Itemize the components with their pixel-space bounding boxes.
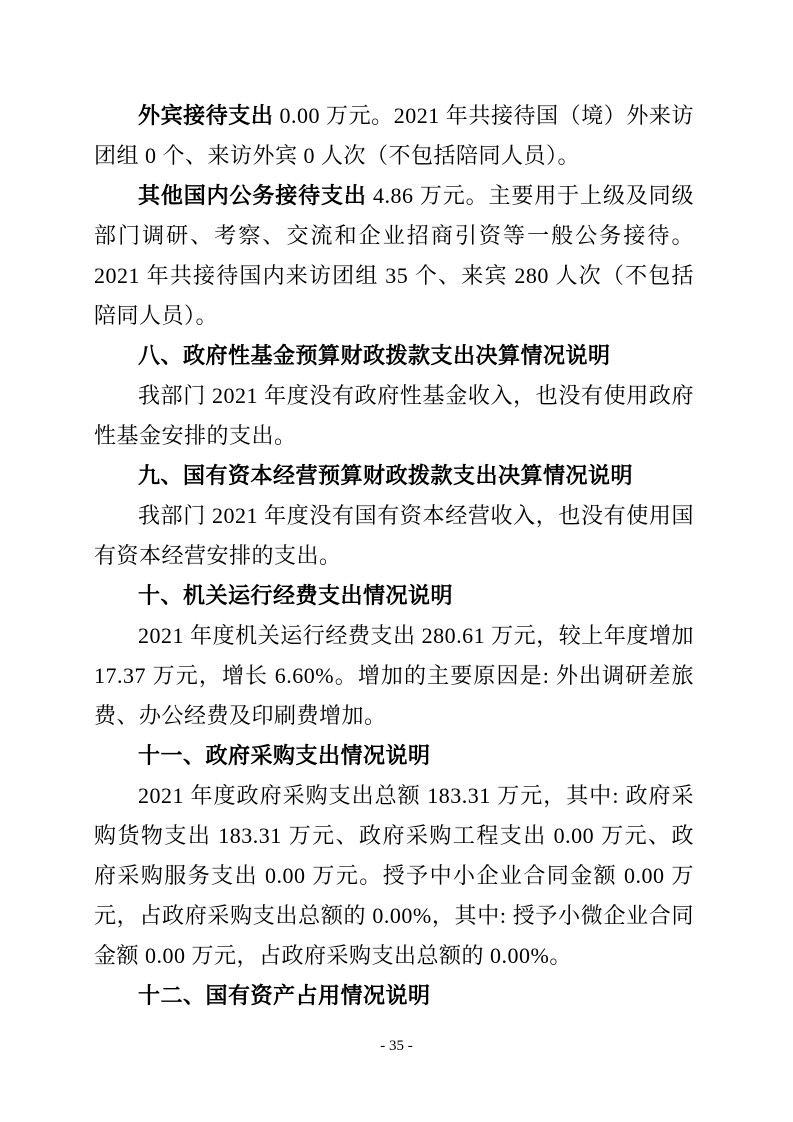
paragraph-government-fund: 我部门 2021 年度没有政府性基金收入，也没有使用政府性基金安排的支出。 (94, 376, 694, 456)
paragraph-operating-expenses: 2021 年度机关运行经费支出 280.61 万元，较上年度增加 17.37 万… (94, 616, 694, 736)
page-number: - 35 - (0, 1036, 793, 1056)
section-heading-10-operating-expenses: 十、机关运行经费支出情况说明 (94, 576, 694, 616)
section-heading-9-state-capital: 九、国有资本经营预算财政拨款支出决算情况说明 (94, 456, 694, 496)
section-heading-8-government-fund: 八、政府性基金预算财政拨款支出决算情况说明 (94, 336, 694, 376)
paragraph-other-domestic-reception: 其他国内公务接待支出 4.86 万元。主要用于上级及同级部门调研、考察、交流和企… (94, 176, 694, 336)
paragraph-foreign-guest-reception: 外宾接待支出 0.00 万元。2021 年共接待国（境）外来访团组 0 个、来访… (94, 96, 694, 176)
document-body: 外宾接待支出 0.00 万元。2021 年共接待国（境）外来访团组 0 个、来访… (94, 96, 694, 1016)
paragraph-lead-bold: 外宾接待支出 (138, 103, 273, 128)
section-heading-11-procurement: 十一、政府采购支出情况说明 (94, 736, 694, 776)
document-page: 外宾接待支出 0.00 万元。2021 年共接待国（境）外来访团组 0 个、来访… (0, 0, 793, 1122)
paragraph-procurement: 2021 年度政府采购支出总额 183.31 万元，其中: 政府采购货物支出 1… (94, 776, 694, 976)
paragraph-state-capital: 我部门 2021 年度没有国有资本经营收入，也没有使用国有资本经营安排的支出。 (94, 496, 694, 576)
paragraph-lead-bold: 其他国内公务接待支出 (138, 183, 367, 208)
section-heading-12-state-assets: 十二、国有资产占用情况说明 (94, 976, 694, 1016)
